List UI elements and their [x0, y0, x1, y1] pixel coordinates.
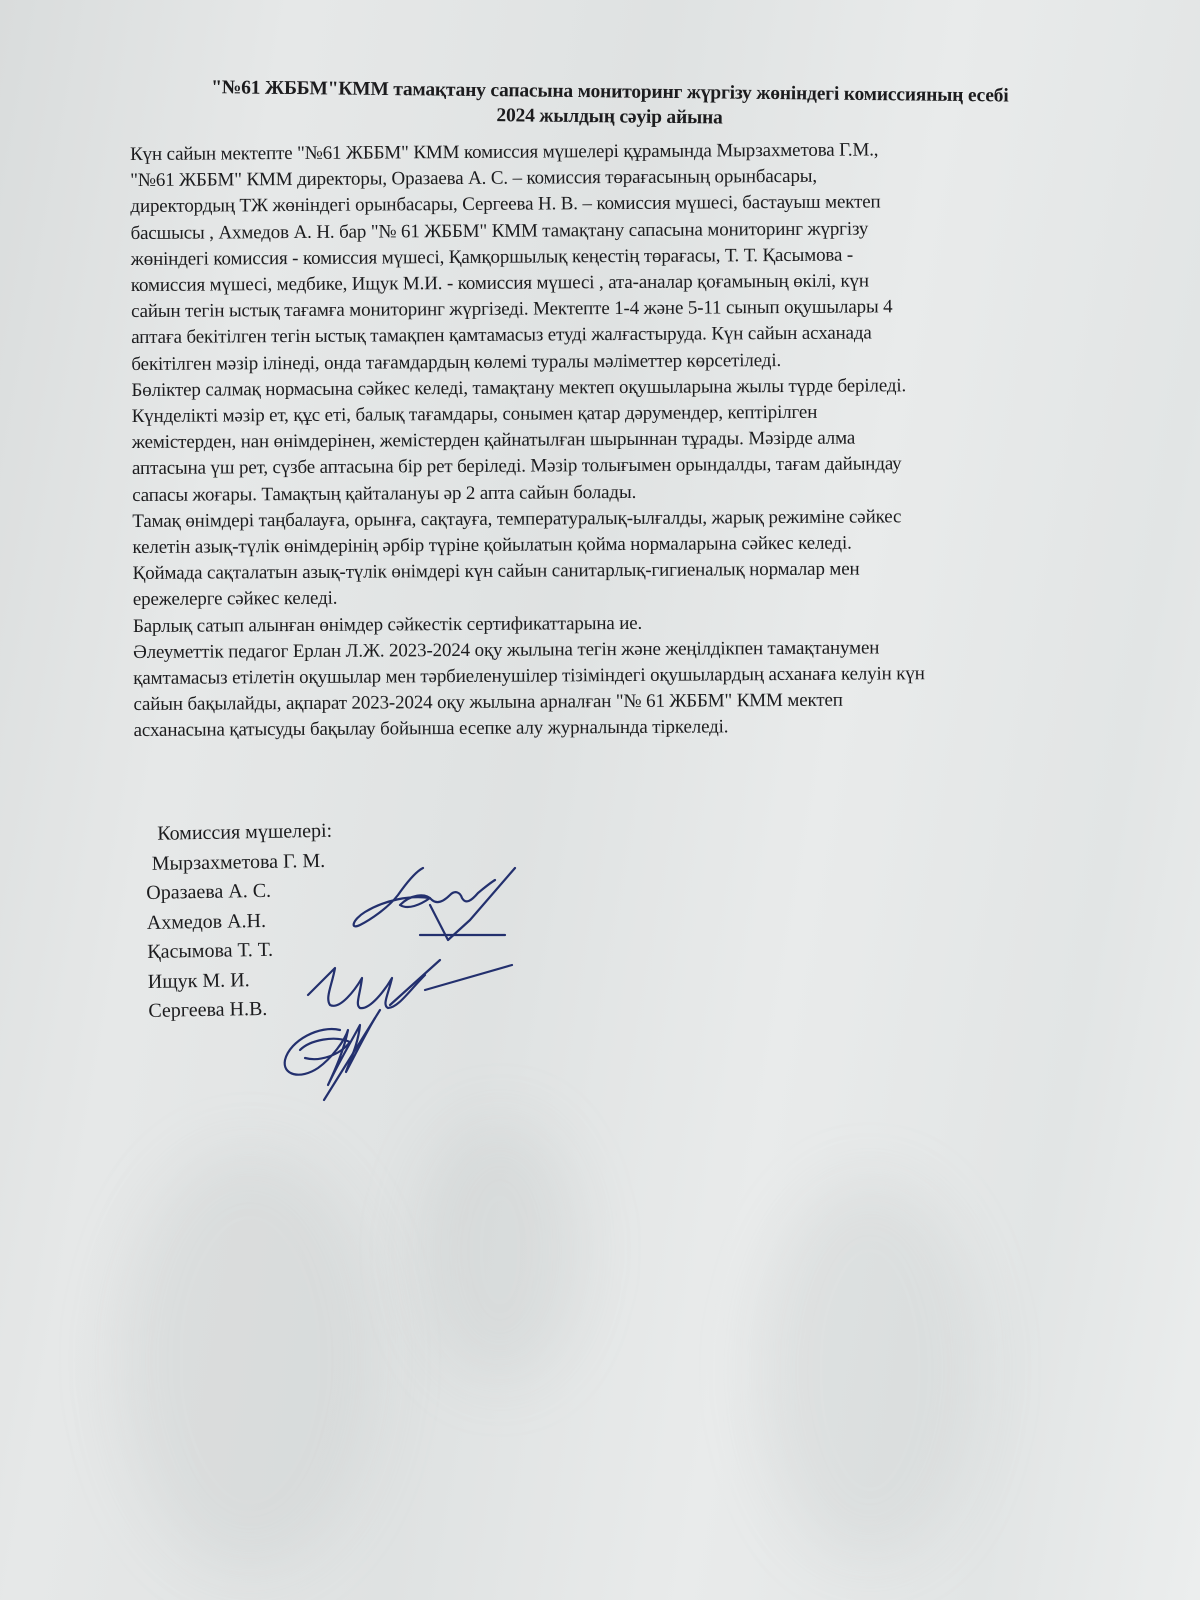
- signature-3-stroke: [324, 1010, 380, 1100]
- signature-1-stroke: [430, 868, 515, 940]
- signature-3: [285, 1018, 375, 1085]
- member-name: Оразаева А. С.: [146, 876, 333, 909]
- paper-shadow: [420, 1120, 580, 1380]
- member-name: Ищук М. И.: [148, 964, 335, 997]
- signature-2-tail: [425, 965, 512, 990]
- member-name: Қасымова Т. Т.: [147, 935, 334, 968]
- members-heading: Комиссия мүшелері:: [145, 817, 332, 850]
- signature-2-stroke: [390, 960, 440, 1005]
- commission-members: Комиссия мүшелері: Мырзахметова Г. М. Ор…: [145, 817, 335, 1027]
- member-name: Ахмедов А.Н.: [147, 905, 334, 938]
- body-line: асханасына қатысуды бақылау бойынша есеп…: [134, 712, 1134, 744]
- signature-3-loop: [300, 1039, 350, 1059]
- paper-shadow: [120, 1150, 380, 1570]
- member-name: Мырзахметова Г. М.: [146, 846, 333, 879]
- signature-1: [354, 868, 495, 926]
- paper-sheet: "№61 ЖББМ"КММ тамақтану сапасына монитор…: [0, 0, 1200, 1600]
- report-body: Күн сайын мектепте "№61 ЖББМ" КММ комисс…: [130, 136, 1134, 745]
- paper-shadow: [760, 1180, 980, 1560]
- document-title: "№61 ЖББМ"КММ тамақтану сапасына монитор…: [99, 74, 1119, 135]
- member-name: Сергеева Н.В.: [148, 994, 335, 1027]
